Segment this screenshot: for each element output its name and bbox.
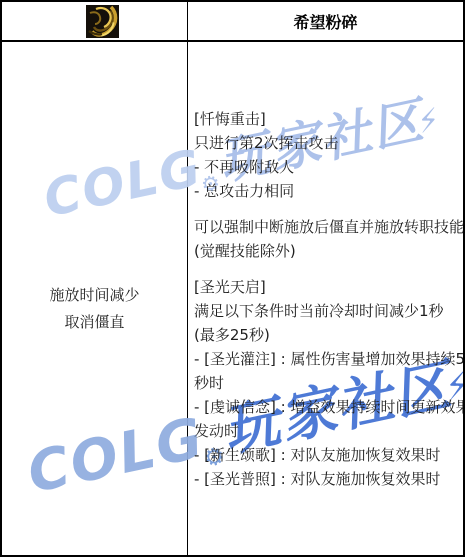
- table-header-row: 希望粉碎: [2, 2, 463, 42]
- skill-icon-cell: [2, 2, 188, 40]
- text-line: (觉醒技能除外): [194, 239, 461, 263]
- text-line: 可以强制中断施放后僵直并施放转职技能: [194, 215, 461, 239]
- detail-paragraph: 可以强制中断施放后僵直并施放转职技能(觉醒技能除外): [194, 215, 461, 263]
- skill-name: 希望粉碎: [293, 10, 357, 33]
- text-line: - [圣光灌注] : 属性伤害量增加效果持续5: [194, 347, 461, 371]
- text-line: 发动时: [194, 419, 461, 443]
- detail-paragraph: [忏悔重击]只进行第2次挥击攻击- 不再吸附敌人- 总攻击力相同: [194, 107, 461, 203]
- text-line: [圣光天启]: [194, 275, 461, 299]
- text-line: 满足以下条件时当前冷却时间减少1秒: [194, 299, 461, 323]
- text-line: - 不再吸附敌人: [194, 155, 461, 179]
- text-line: - 总攻击力相同: [194, 179, 461, 203]
- text-line: 施放时间减少: [49, 282, 139, 309]
- text-line: - [圣光普照] : 对队友施加恢复效果时: [194, 467, 461, 491]
- text-line: - [虔诚信念] : 增益效果持续时间更新效果: [194, 395, 461, 419]
- summary-cell: 施放时间减少取消僵直: [2, 42, 188, 555]
- details-cell: [忏悔重击]只进行第2次挥击攻击- 不再吸附敌人- 总攻击力相同可以强制中断施放…: [188, 42, 463, 555]
- text-line: - [新生颂歌] : 对队友施加恢复效果时: [194, 443, 461, 467]
- table-body-row: 施放时间减少取消僵直 [忏悔重击]只进行第2次挥击攻击- 不再吸附敌人- 总攻击…: [2, 42, 463, 555]
- text-line: 秒时: [194, 371, 461, 395]
- gold-swirl-skill-icon: [86, 5, 119, 38]
- text-line: 只进行第2次挥击攻击: [194, 131, 461, 155]
- text-line: (最多25秒): [194, 323, 461, 347]
- text-line: [忏悔重击]: [194, 107, 461, 131]
- skill-change-table: 希望粉碎 施放时间减少取消僵直 [忏悔重击]只进行第2次挥击攻击- 不再吸附敌人…: [0, 0, 465, 557]
- text-line: 取消僵直: [64, 309, 124, 336]
- skill-name-cell: 希望粉碎: [188, 2, 463, 40]
- detail-paragraph: [圣光天启]满足以下条件时当前冷却时间减少1秒(最多25秒)- [圣光灌注] :…: [194, 275, 461, 491]
